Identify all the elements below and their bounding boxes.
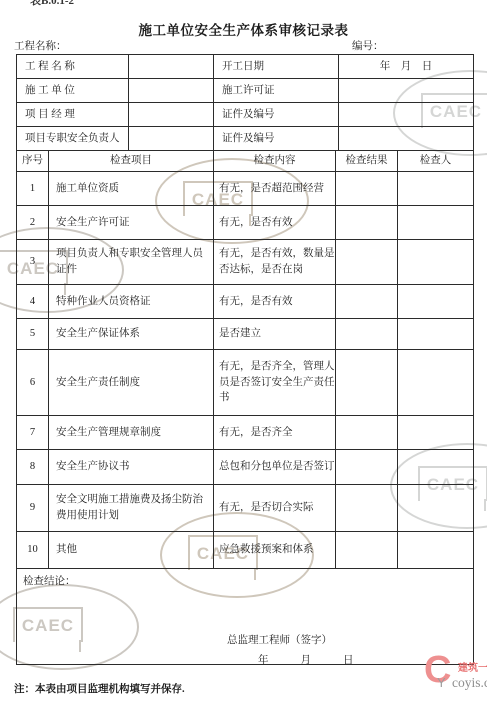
row-number: 5 (17, 319, 49, 350)
conclusion-cell: 检查结论： 总监理工程师（签字） 年 月 日 (17, 569, 474, 665)
page-title: 施工单位安全生产体系审核记录表 (0, 19, 487, 39)
caec-watermark-tail (484, 499, 486, 511)
row-number: 3 (17, 240, 49, 285)
info-label: 工 程 名 称 (17, 55, 129, 79)
result-cell (336, 172, 398, 206)
date-day-label: 日 (343, 653, 354, 665)
content-cell: 有无，是否齐全 (214, 416, 336, 450)
table-row: 施 工 单 位 施工许可证 (17, 79, 474, 103)
inspector-cell (398, 285, 474, 319)
project-info-table: 工 程 名 称 开工日期 年 月 日 施 工 单 位 施工许可证 项 目 经 理… (16, 54, 474, 151)
info-label: 项目专职安全负责人 (17, 127, 129, 151)
result-cell (336, 350, 398, 416)
item-cell: 安全生产保证体系 (49, 319, 214, 350)
column-header-inspector: 检查人 (398, 151, 474, 172)
table-row: 工 程 名 称 开工日期 年 月 日 (17, 55, 474, 79)
inspector-cell (398, 416, 474, 450)
inspector-cell (398, 172, 474, 206)
row-number: 4 (17, 285, 49, 319)
result-cell (336, 240, 398, 285)
result-cell (336, 285, 398, 319)
row-number: 2 (17, 206, 49, 240)
inspector-cell (398, 240, 474, 285)
coyis-site-name: 建筑一生 (458, 659, 487, 674)
table-row: 10 其他 应急救援预案和体系 (17, 532, 474, 569)
content-cell: 有无，是否切合实际 (214, 485, 336, 532)
info-label: 开工日期 (214, 55, 339, 79)
table-row: 6 安全生产责任制度 有无，是否齐全，管理人员是否签订安全生产责任书 (17, 350, 474, 416)
row-number: 10 (17, 532, 49, 569)
result-cell (336, 206, 398, 240)
footer-note: 注：本表由项目监理机构填写并保存. (14, 681, 185, 696)
info-date-value: 年 月 日 (339, 55, 474, 79)
form-code: 表B.0.1-2 (30, 0, 74, 8)
table-header-row: 序号 检查项目 检查内容 检查结果 检查人 (17, 151, 474, 172)
info-value (129, 127, 214, 151)
info-value (129, 79, 214, 103)
table-row: 4 特种作业人员资格证 有无，是否有效 (17, 285, 474, 319)
inspector-cell (398, 450, 474, 485)
content-cell: 总包和分包单位是否签订 (214, 450, 336, 485)
column-header-result: 检查结果 (336, 151, 398, 172)
coyis-domain: coyis.com (452, 675, 487, 691)
info-label: 证件及编号 (214, 103, 339, 127)
content-cell: 有无，是否有效 (214, 206, 336, 240)
info-label: 证件及编号 (214, 127, 339, 151)
inspector-cell (398, 532, 474, 569)
item-cell: 安全生产协议书 (49, 450, 214, 485)
table-row: 5 安全生产保证体系 是否建立 (17, 319, 474, 350)
column-header-no: 序号 (17, 151, 49, 172)
info-value (129, 103, 214, 127)
date-month-label: 月 (301, 653, 312, 665)
row-number: 7 (17, 416, 49, 450)
column-header-content: 检查内容 (214, 151, 336, 172)
item-cell: 特种作业人员资格证 (49, 285, 214, 319)
row-number: 8 (17, 450, 49, 485)
content-cell: 有无，是否超范围经营 (214, 172, 336, 206)
conclusion-area: 检查结论： 总监理工程师（签字） 年 月 日 (17, 569, 473, 664)
info-label: 施工许可证 (214, 79, 339, 103)
result-cell (336, 416, 398, 450)
date-year-label: 年 (258, 653, 269, 665)
column-header-item: 检查项目 (49, 151, 214, 172)
content-cell: 有无，是否有效 (214, 285, 336, 319)
table-row: 2 安全生产许可证 有无，是否有效 (17, 206, 474, 240)
coyis-logo-y-icon: Y (437, 675, 446, 690)
number-label: 编号： (352, 38, 384, 53)
chief-engineer-sign-label: 总监理工程师（签字） (227, 633, 332, 649)
table-row: 9 安全文明施工措施费及扬尘防治费用使用计划 有无，是否切合实际 (17, 485, 474, 532)
content-cell: 有无，是否有效，数量是否达标，是否在岗 (214, 240, 336, 285)
table-row: 8 安全生产协议书 总包和分包单位是否签订 (17, 450, 474, 485)
row-number: 9 (17, 485, 49, 532)
content-cell: 是否建立 (214, 319, 336, 350)
table-row: 7 安全生产管理规章制度 有无，是否齐全 (17, 416, 474, 450)
content-cell: 应急救援预案和体系 (214, 532, 336, 569)
row-number: 6 (17, 350, 49, 416)
result-cell (336, 532, 398, 569)
inspector-cell (398, 206, 474, 240)
item-cell: 安全文明施工措施费及扬尘防治费用使用计划 (49, 485, 214, 532)
row-number: 1 (17, 172, 49, 206)
inspector-cell (398, 485, 474, 532)
table-row: 1 施工单位资质 有无，是否超范围经营 (17, 172, 474, 206)
info-value (129, 55, 214, 79)
item-cell: 安全生产责任制度 (49, 350, 214, 416)
result-cell (336, 319, 398, 350)
result-cell (336, 485, 398, 532)
content-cell: 有无，是否齐全，管理人员是否签订安全生产责任书 (214, 350, 336, 416)
item-cell: 安全生产许可证 (49, 206, 214, 240)
checklist-table: 序号 检查项目 检查内容 检查结果 检查人 1 施工单位资质 有无，是否超范围经… (16, 150, 474, 665)
form-page: CAEC CAEC CAEC CAEC CAEC CAEC 表B.0.1-2 施… (0, 0, 487, 706)
table-row: 项 目 经 理 证件及编号 (17, 103, 474, 127)
table-row: 项目专职安全负责人 证件及编号 (17, 127, 474, 151)
inspector-cell (398, 350, 474, 416)
conclusion-row: 检查结论： 总监理工程师（签字） 年 月 日 (17, 569, 474, 665)
item-cell: 施工单位资质 (49, 172, 214, 206)
info-value (339, 103, 474, 127)
inspector-cell (398, 319, 474, 350)
item-cell: 项目负责人和专职安全管理人员证件 (49, 240, 214, 285)
info-value (339, 127, 474, 151)
result-cell (336, 450, 398, 485)
conclusion-label: 检查结论： (23, 574, 76, 590)
info-value (339, 79, 474, 103)
item-cell: 安全生产管理规章制度 (49, 416, 214, 450)
info-label: 施 工 单 位 (17, 79, 129, 103)
info-label: 项 目 经 理 (17, 103, 129, 127)
table-row: 3 项目负责人和专职安全管理人员证件 有无，是否有效，数量是否达标，是否在岗 (17, 240, 474, 285)
project-name-label: 工程名称： (14, 38, 67, 53)
date-line: 年 月 日 (258, 653, 354, 665)
item-cell: 其他 (49, 532, 214, 569)
